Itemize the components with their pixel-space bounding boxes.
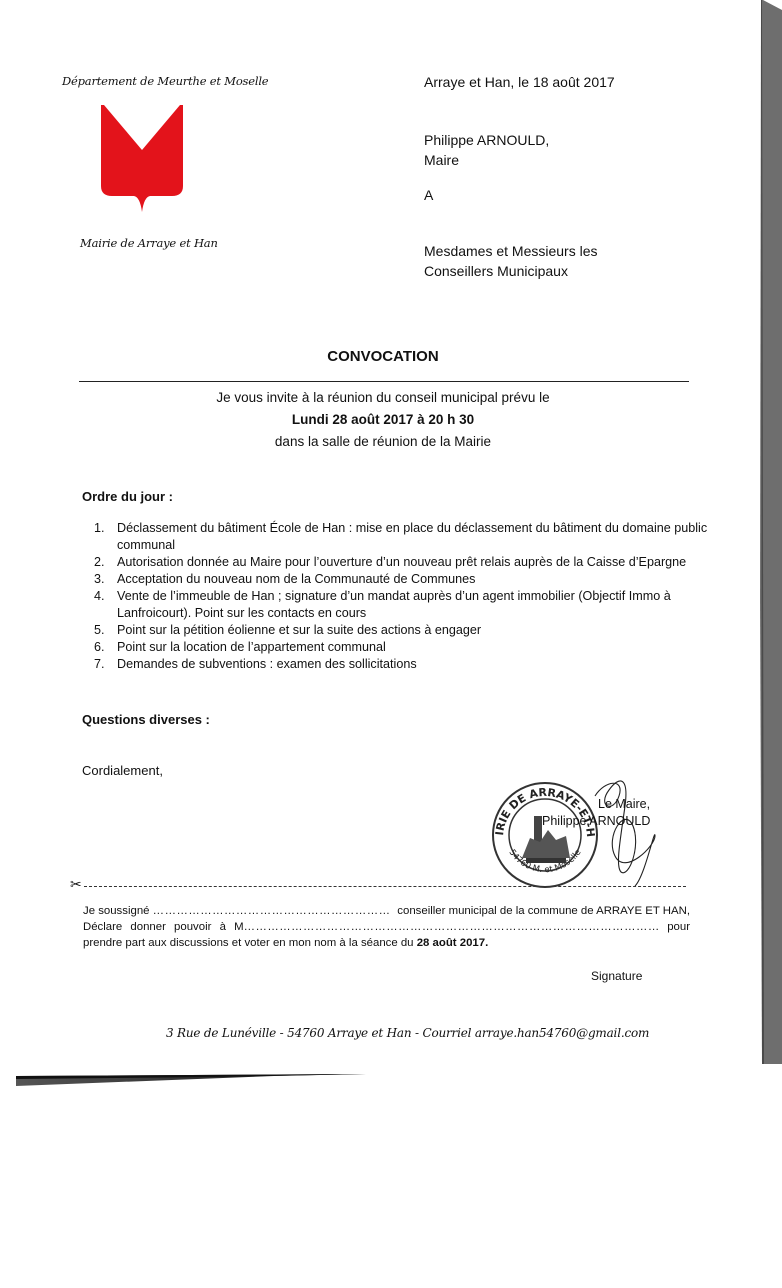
agenda-item-text: Point sur la location de l’appartement c… <box>117 639 720 656</box>
proxy-meeting-date: 28 août 2017. <box>417 937 489 949</box>
agenda-item-number: 6. <box>84 639 117 656</box>
document-title: CONVOCATION <box>0 348 766 365</box>
signoff-title: Le Maire, <box>598 796 650 813</box>
agenda-item-number: 1. <box>84 520 117 554</box>
scan-edge-bottom <box>14 1072 370 1090</box>
invitation-line-1: Je vous invite à la réunion du conseil m… <box>0 390 766 405</box>
proxy-line-2-end: pour <box>667 919 690 935</box>
place-date: Arraye et Han, le 18 août 2017 <box>424 72 615 92</box>
agenda-item-text: Vente de l’immeuble de Han ; signature d… <box>117 588 720 622</box>
agenda-item-text: Point sur la pétition éolienne et sur la… <box>117 622 720 639</box>
recipients-line-2: Conseillers Municipaux <box>424 261 598 281</box>
title-divider <box>79 381 689 382</box>
agenda-item: 6.Point sur la location de l’appartement… <box>84 639 720 656</box>
agenda-item-text: Demandes de subventions : examen des sol… <box>117 656 720 673</box>
to-label: A <box>424 185 433 205</box>
closing: Cordialement, <box>82 763 163 778</box>
agenda-item-number: 5. <box>84 622 117 639</box>
signature-label: Signature <box>591 969 642 983</box>
signature-scribble-icon <box>585 776 665 888</box>
proxy-line-1-start: Je soussigné <box>83 905 150 917</box>
invitation-location: dans la salle de réunion de la Mairie <box>0 434 766 449</box>
agenda-item: 5.Point sur la pétition éolienne et sur … <box>84 622 720 639</box>
agenda-item-text: Autorisation donnée au Maire pour l’ouve… <box>117 554 720 571</box>
agenda-item-number: 3. <box>84 571 117 588</box>
agenda-item: 4.Vente de l’immeuble de Han ; signature… <box>84 588 720 622</box>
agenda-item: 7.Demandes de subventions : examen des s… <box>84 656 720 673</box>
agenda-item-number: 4. <box>84 588 117 622</box>
recipients-line-1: Mesdames et Messieurs les <box>424 241 598 261</box>
proxy-line-1-end: conseiller municipal de la commune de AR… <box>397 903 690 919</box>
footer-address: 3 Rue de Lunéville - 54760 Arraye et Han… <box>166 1026 649 1040</box>
questions-label: Questions diverses : <box>82 712 210 727</box>
department-label: Département de Meurthe et Moselle <box>62 74 268 88</box>
mairie-label: Mairie de Arraye et Han <box>80 236 218 250</box>
agenda-item: 2.Autorisation donnée au Maire pour l’ou… <box>84 554 720 571</box>
sender-name: Philippe ARNOULD, <box>424 130 549 150</box>
signoff-name: Philippe ARNOULD <box>542 813 650 830</box>
agenda-item-text: Déclassement du bâtiment École de Han : … <box>117 520 720 554</box>
agenda-item-text: Acceptation du nouveau nom de la Communa… <box>117 571 720 588</box>
proxy-line-2-start: Déclare donner pouvoir à M <box>83 921 244 933</box>
mairie-seal-icon: MAIRIE DE ARRAYE-ET-HAN 54760 M. et Mose… <box>490 780 600 890</box>
sender-title: Maire <box>424 150 549 170</box>
scissors-icon: ✂ <box>70 876 84 892</box>
proxy-line-3: prendre part aux discussions et voter en… <box>83 937 417 949</box>
agenda-item-number: 7. <box>84 656 117 673</box>
agenda-item-number: 2. <box>84 554 117 571</box>
coat-of-arms-icon <box>100 104 184 214</box>
proxy-name-blank[interactable]: …………………………………………………… <box>153 905 391 917</box>
agenda-list: 1.Déclassement du bâtiment École de Han … <box>84 520 720 673</box>
proxy-delegate-blank[interactable]: …………………………………………………………………………………………… <box>244 921 660 933</box>
agenda-item: 1.Déclassement du bâtiment École de Han … <box>84 520 720 554</box>
cut-line <box>84 886 686 887</box>
invitation-date: Lundi 28 août 2017 à 20 h 30 <box>0 412 766 427</box>
agenda-item: 3.Acceptation du nouveau nom de la Commu… <box>84 571 720 588</box>
scan-edge-right <box>752 0 782 1064</box>
agenda-label: Ordre du jour : <box>82 489 173 504</box>
